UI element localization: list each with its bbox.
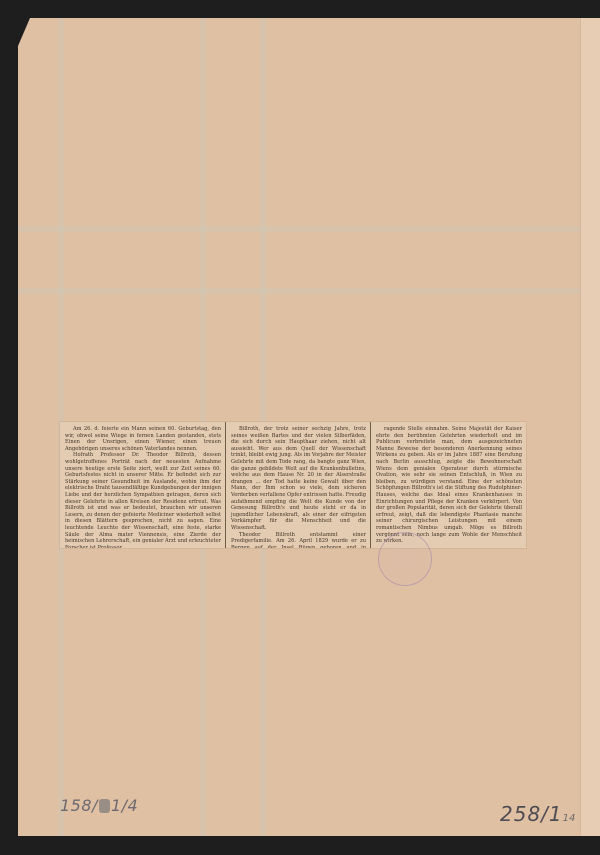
article-paragraph: Theodor Billroth entstammt einer Predige… xyxy=(231,532,366,549)
paper-fold-line xyxy=(18,288,600,294)
article-paragraph: ragende Stelle einnahm. Seine Majestät d… xyxy=(376,426,522,545)
article-paragraph: Am 26. d. feierte ein Mann seinen 60. Ge… xyxy=(65,426,221,452)
inventory-prefix: 158/ xyxy=(60,796,98,815)
article-paragraph: Billroth, der trotz seiner sechzig Jahre… xyxy=(231,426,366,532)
article-column-2: Billroth, der trotz seiner sechzig Jahre… xyxy=(225,422,370,548)
erasure-smudge xyxy=(99,799,110,813)
pencil-inventory-number-left: 158/1/4 xyxy=(60,796,138,815)
inventory-sub: 14 xyxy=(563,813,576,824)
article-column-3: ragende Stelle einnahm. Seine Majestät d… xyxy=(370,422,526,548)
paper-fold-line xyxy=(18,226,600,232)
inventory-main: 258/1 xyxy=(500,802,563,826)
inventory-suffix: 1/4 xyxy=(111,796,138,815)
article-column-1: Am 26. d. feierte ein Mann seinen 60. Ge… xyxy=(60,422,225,548)
archive-stamp xyxy=(378,532,432,586)
pencil-inventory-number-right: 258/114 xyxy=(500,802,575,826)
article-paragraph: Hofrath Professor Dr. Theodor Billroth, … xyxy=(65,452,221,548)
newspaper-clipping: Am 26. d. feierte ein Mann seinen 60. Ge… xyxy=(60,422,526,548)
sheet-edge xyxy=(580,18,600,836)
